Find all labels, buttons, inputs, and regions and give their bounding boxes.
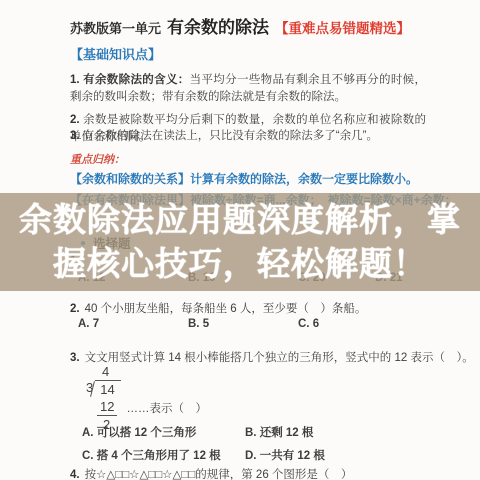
question-2-options: A. 7 B. 5 C. 6 bbox=[78, 318, 319, 330]
option-a: A. 可以搭 12 个三角形 bbox=[82, 424, 245, 440]
header-edition: 苏教版第一单元 bbox=[70, 18, 161, 37]
knowledge-point-1: 1. 有余数除法的含义：当平均分一些物品有剩余且不够再分的时候，剩余的数叫余数；… bbox=[70, 72, 426, 106]
question-4-number: 4. bbox=[70, 469, 80, 480]
knowledge-point-3-lead: 3. bbox=[70, 130, 80, 142]
long-division-figure: 4 3 14 12 ……表示（ ） 2 bbox=[86, 364, 207, 432]
question-4: 4.按☆△□□☆△□□☆△□□的规律，第 26 个图形是（ ） bbox=[70, 466, 352, 480]
basics-heading: 【基础知识点】 bbox=[70, 44, 161, 63]
division-dividend: 14 bbox=[95, 380, 120, 397]
question-3-text: 文文用竖式计算 14 根小棒能搭几个独立的三角形，竖式中的 12 表示（ ）。 bbox=[85, 352, 474, 364]
question-3-options: A. 可以搭 12 个三角形 B. 还剩 12 根 C. 搭 4 个三角形用了 … bbox=[82, 424, 325, 463]
promo-banner-text-line1: 余数除法应用题深度解析，掌 bbox=[19, 198, 461, 242]
division-note: ……表示（ ） bbox=[126, 400, 207, 416]
page-title: 有余数的除法 bbox=[167, 13, 269, 38]
division-product: 12 bbox=[97, 399, 117, 416]
promo-banner: 余数除法应用题深度解析，掌 握核心技巧，轻松解题！ bbox=[0, 193, 480, 291]
question-4-text: 按☆△□□☆△□□☆△□□的规律，第 26 个图形是（ ） bbox=[85, 469, 353, 480]
summary-label: 重点归纳： bbox=[70, 151, 125, 167]
option-c: C. 搭 4 个三角形用了 12 根 bbox=[82, 447, 245, 463]
knowledge-point-3: 3. 有余数的除法在读法上，只比没有余数的除法多了“余几”。 bbox=[70, 128, 426, 145]
question-3: 3.文文用竖式计算 14 根小棒能搭几个独立的三角形，竖式中的 12 表示（ ）… bbox=[70, 349, 474, 365]
question-3-number: 3. bbox=[70, 352, 80, 364]
question-2-text: 40 个小朋友坐船，每条船坐 6 人，至少要（ ）条船。 bbox=[85, 303, 367, 315]
division-main-row: 3 14 bbox=[86, 380, 207, 397]
option-c: C. 6 bbox=[298, 318, 319, 330]
question-2: 2.40 个小朋友坐船，每条船坐 6 人，至少要（ ）条船。 bbox=[70, 300, 366, 316]
question-2-number: 2. bbox=[70, 303, 80, 315]
option-a: A. 7 bbox=[78, 318, 188, 330]
knowledge-point-3-text: 有余数的除法在读法上，只比没有余数的除法多了“余几”。 bbox=[83, 130, 378, 142]
promo-banner-text-line2: 握核心技巧，轻松解题！ bbox=[53, 242, 427, 286]
division-quotient: 4 bbox=[102, 364, 207, 379]
page-header: 苏教版第一单元 有余数的除法 【重难点易错题精选】 bbox=[0, 13, 480, 38]
option-d: D. 一共有 12 根 bbox=[245, 447, 325, 463]
option-b: B. 还剩 12 根 bbox=[245, 424, 325, 440]
option-b: B. 5 bbox=[188, 318, 298, 330]
header-highlight: 【重难点易错题精选】 bbox=[275, 17, 410, 37]
relation-rule-1: 【余数和除数的关系】计算有余数的除法，余数一定要比除数小。 bbox=[70, 170, 418, 187]
knowledge-point-2-lead: 2. bbox=[70, 114, 80, 126]
division-product-row: 12 ……表示（ ） bbox=[86, 399, 207, 416]
knowledge-point-1-lead: 1. 有余数除法的含义： bbox=[70, 74, 190, 86]
